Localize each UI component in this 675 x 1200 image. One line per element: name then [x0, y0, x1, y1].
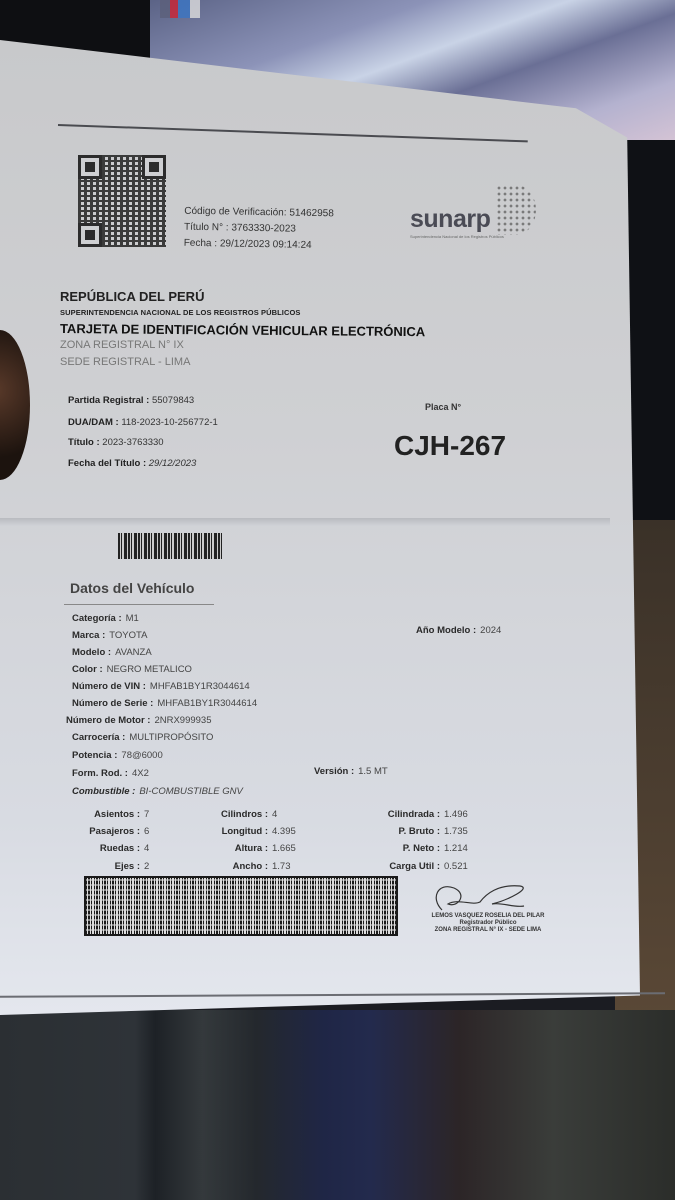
- vehicle-field: Número de Serie :MHFAB1BY1R3044614: [72, 698, 257, 709]
- version: Versión :1.5 MT: [314, 766, 388, 777]
- vehicle-field: Marca :TOYOTA: [72, 630, 147, 641]
- pdf417-barcode-icon: [86, 878, 396, 934]
- section-divider: [64, 604, 214, 605]
- titulo: Título : 2023-3763330: [68, 437, 164, 448]
- signature-block: LEMOS VASQUEZ ROSELIA DEL PILAR Registra…: [418, 913, 558, 934]
- placa-number: CJH-267: [394, 430, 506, 462]
- verification-date: Fecha : 29/12/2023 09:14:24: [184, 236, 334, 255]
- spec-field: Ancho :1.73: [203, 861, 313, 872]
- vehicle-field: Potencia :78@6000: [72, 750, 163, 761]
- paper-fold: [0, 518, 610, 526]
- vehicle-field: Form. Rod. :4X2: [72, 768, 149, 779]
- spec-field: P. Bruto :1.735: [375, 826, 485, 837]
- qr-code-icon: [78, 155, 166, 247]
- background-fabric: [0, 1010, 675, 1200]
- spec-field: Longitud :4.395: [203, 826, 313, 837]
- spec-field: Carga Util :0.521: [375, 861, 485, 872]
- vehicle-field: Carrocería :MULTIPROPÓSITO: [72, 732, 213, 743]
- vehicle-field: Categoría :M1: [72, 613, 139, 624]
- vehicle-field: Número de Motor :2NRX999935: [66, 715, 212, 726]
- document-title: TARJETA DE IDENTIFICACIÓN VEHICULAR ELEC…: [60, 321, 425, 339]
- spec-field: Ruedas :4: [75, 843, 185, 854]
- spec-field: Altura :1.665: [203, 843, 313, 854]
- vehicle-field: Número de VIN :MHFAB1BY1R3044614: [72, 681, 250, 692]
- placa-label: Placa N°: [425, 402, 461, 412]
- signature-icon: [428, 880, 538, 914]
- vehicle-field: Combustible :BI-COMBUSTIBLE GNV: [72, 786, 243, 797]
- country-heading: REPÚBLICA DEL PERÚ: [60, 289, 204, 304]
- vehicle-field: Modelo :AVANZA: [72, 647, 152, 658]
- anio-modelo: Año Modelo :2024: [416, 625, 501, 636]
- sede-registral: SEDE REGISTRAL - LIMA: [60, 356, 190, 368]
- section-title: Datos del Vehículo: [70, 580, 194, 596]
- sunarp-logo: sunarp Superintendencia Nacional de los …: [410, 205, 504, 239]
- spec-field: Asientos :7: [75, 809, 185, 820]
- spec-field: Cilindros :4: [203, 809, 313, 820]
- spec-field: Cilindrada :1.496: [375, 809, 485, 820]
- partida-registral: Partida Registral : 55079843: [68, 395, 194, 406]
- spec-field: P. Neto :1.214: [375, 843, 485, 854]
- spec-field: Ejes :2: [75, 861, 185, 872]
- zona-registral: ZONA REGISTRAL N° IX: [60, 339, 184, 351]
- fecha-titulo: Fecha del Título : 29/12/2023: [68, 458, 196, 469]
- agency-heading: SUPERINTENDENCIA NACIONAL DE LOS REGISTR…: [60, 308, 301, 317]
- barcode-icon: [118, 533, 222, 559]
- dua-dam: DUA/DAM : 118-2023-10-256772-1: [68, 417, 218, 428]
- verification-block: Código de Verificación: 51462958 Título …: [184, 204, 334, 255]
- spec-field: Pasajeros :6: [75, 826, 185, 837]
- sunburst-icon: [496, 185, 536, 235]
- vehicle-field: Color :NEGRO METALICO: [72, 664, 192, 675]
- desktop-icons: [160, 0, 260, 18]
